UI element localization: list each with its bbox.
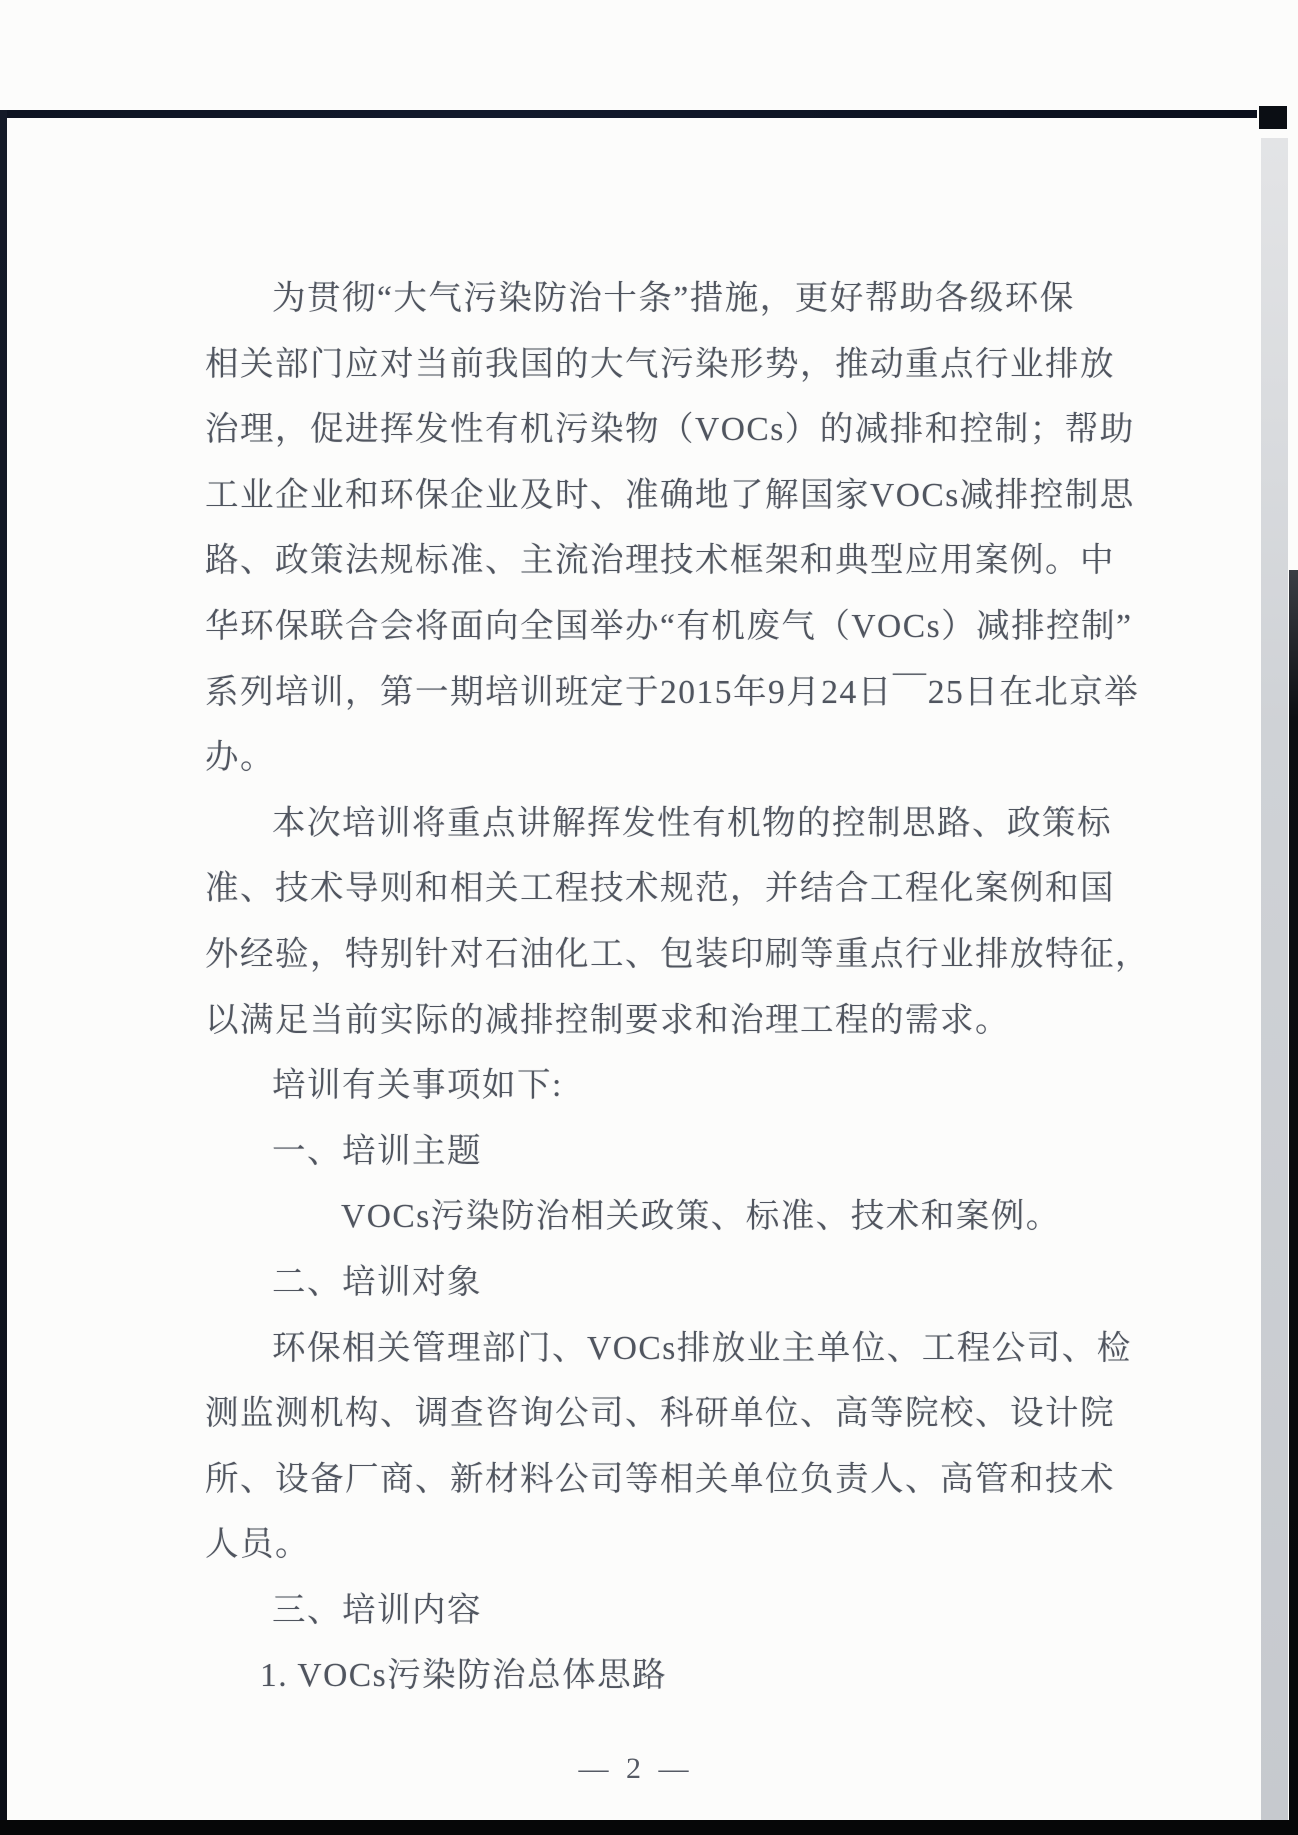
- doc-line: 1. VOCs污染防治总体思路: [205, 1643, 1067, 1709]
- document-text-block: 为贯彻“大气污染防治十条”措施，更好帮助各级环保 相关部门应对当前我国的大气污染…: [205, 266, 1067, 1709]
- doc-line: 工业企业和环保企业及时、准确地了解国家VOCs减排控制思: [205, 463, 1067, 529]
- doc-line: 华环保联合会将面向全国举办“有机废气（VOCs）减排控制”: [205, 594, 1067, 660]
- doc-line: 办。: [205, 725, 1067, 791]
- doc-line: 系列培训，第一期培训班定于2015年9月24日￣25日在北京举: [205, 660, 1067, 726]
- page-number: — 2 —: [205, 1752, 1067, 1786]
- doc-line: 外经验，特别针对石油化工、包装印刷等重点行业排放特征，: [205, 922, 1067, 988]
- scan-left-edge: [0, 110, 7, 1835]
- doc-line: 培训有关事项如下:: [205, 1053, 1067, 1119]
- doc-section-heading: 三、培训内容: [205, 1578, 1067, 1644]
- doc-line: 治理，促进挥发性有机污染物（VOCs）的减排和控制；帮助: [205, 397, 1067, 463]
- doc-line: 相关部门应对当前我国的大气污染形势，推动重点行业排放: [205, 332, 1067, 398]
- doc-line: 以满足当前实际的减排控制要求和治理工程的需求。: [205, 988, 1067, 1054]
- scanned-document-page: 为贯彻“大气污染防治十条”措施，更好帮助各级环保 相关部门应对当前我国的大气污染…: [0, 0, 1298, 1835]
- doc-line: VOCs污染防治相关政策、标准、技术和案例。: [205, 1184, 1067, 1250]
- doc-line: 环保相关管理部门、VOCs排放业主单位、工程公司、检: [205, 1316, 1067, 1382]
- doc-line: 本次培训将重点讲解挥发性有机物的控制思路、政策标: [205, 791, 1067, 857]
- scan-bottom-edge-bar: [0, 1820, 1298, 1835]
- doc-line: 所、设备厂商、新材料公司等相关单位负责人、高管和技术: [205, 1447, 1067, 1513]
- doc-line: 路、政策法规标准、主流治理技术框架和典型应用案例。中: [205, 528, 1067, 594]
- scan-corner-mark: [1259, 106, 1287, 129]
- scan-right-edge: [1289, 570, 1298, 1835]
- paper-right-edge-shadow: [1261, 138, 1288, 1822]
- doc-line: 准、技术导则和相关工程技术规范，并结合工程化案例和国: [205, 856, 1067, 922]
- doc-section-heading: 二、培训对象: [205, 1250, 1067, 1316]
- doc-line: 为贯彻“大气污染防治十条”措施，更好帮助各级环保: [205, 266, 1067, 332]
- doc-line: 测监测机构、调查咨询公司、科研单位、高等院校、设计院: [205, 1381, 1067, 1447]
- doc-line: 人员。: [205, 1512, 1067, 1578]
- doc-section-heading: 一、培训主题: [205, 1119, 1067, 1185]
- scan-top-edge-bar: [0, 110, 1257, 118]
